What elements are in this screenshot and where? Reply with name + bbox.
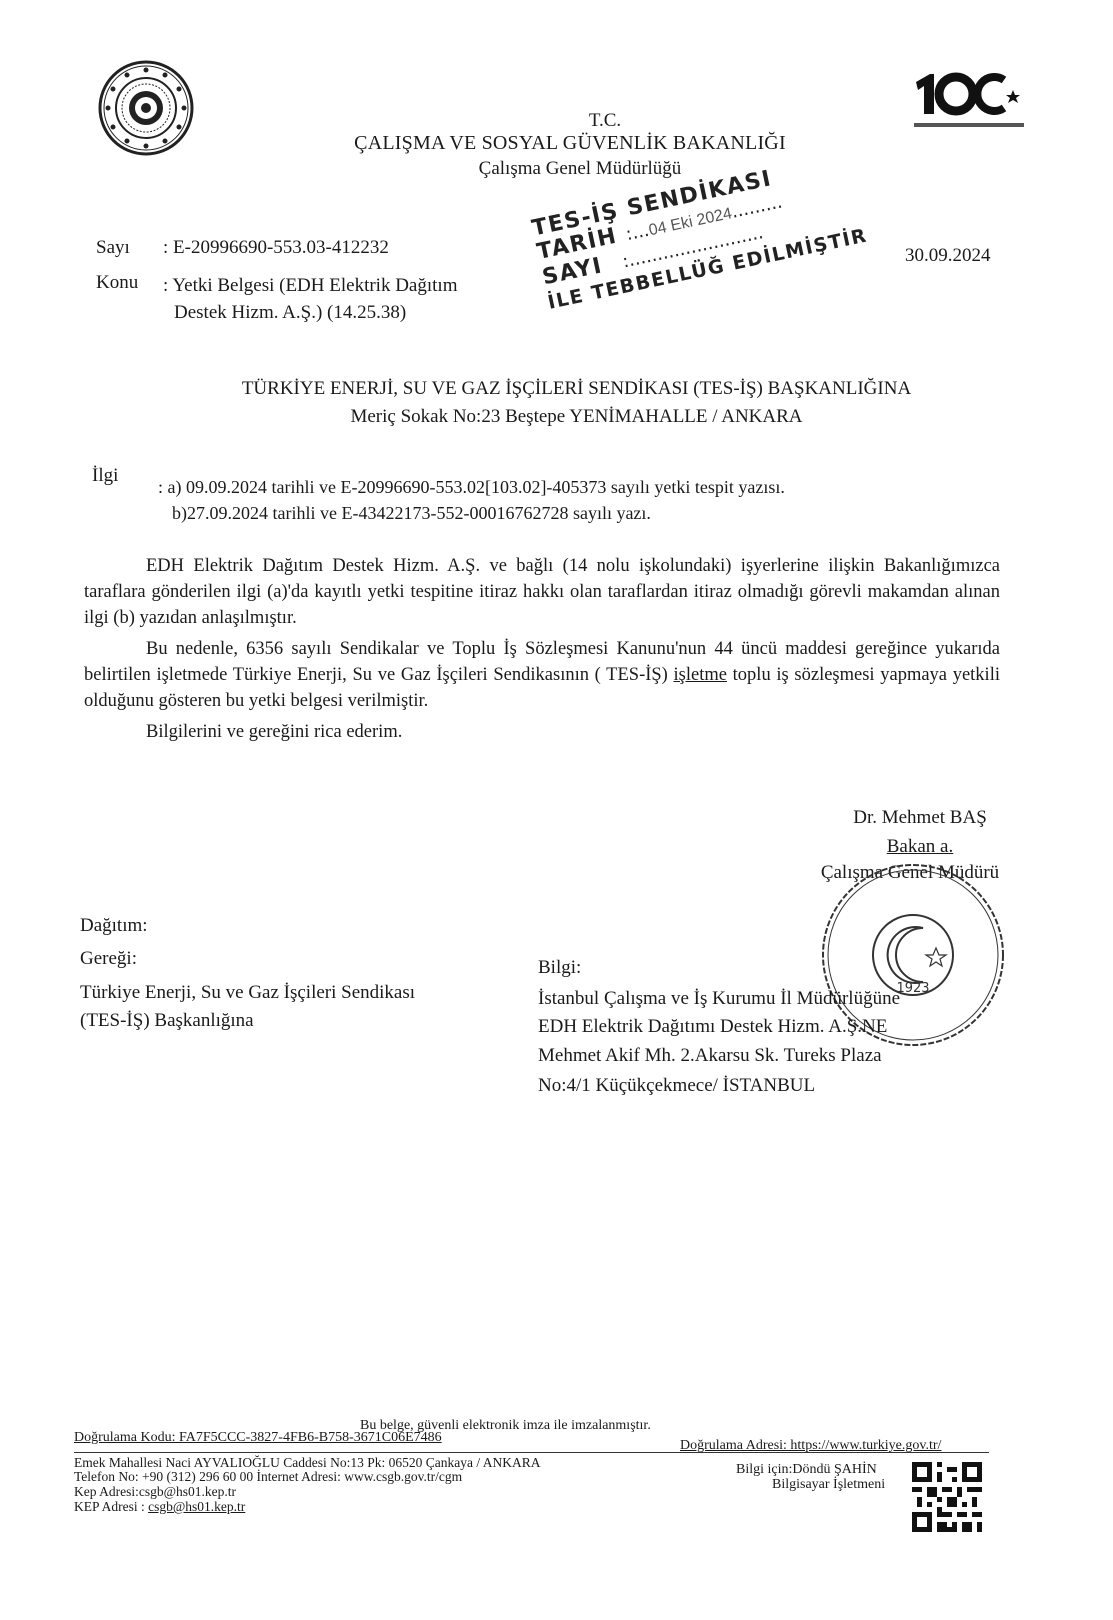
ilgi-reference-a: : a) 09.09.2024 tarihli ve E-20996690-55… [158, 477, 785, 498]
ministry-emblem-icon [96, 58, 196, 158]
footer-divider [74, 1452, 989, 1453]
footer-kep-address-2: KEP Adresi : csgb@hs01.kep.tr [74, 1499, 245, 1514]
konu-label: Konu [96, 272, 138, 294]
centennial-logo-icon [912, 68, 1032, 134]
body-paragraph-3: Bilgilerini ve gereğini rica ederim. [146, 719, 1062, 745]
qr-code-icon [912, 1462, 982, 1532]
sayi-label: Sayı [96, 237, 130, 259]
geregi-recipient-line1: Türkiye Enerji, Su ve Gaz İşçileri Sendi… [80, 982, 415, 1004]
ministry-name: ÇALIŞMA VE SOSYAL GÜVENLİK BAKANLIĞI [310, 132, 830, 155]
bilgi-label: Bilgi: [538, 957, 581, 979]
addressee-name: TÜRKİYE ENERJİ, SU VE GAZ İŞÇİLERİ SENDİ… [0, 378, 1113, 400]
bilgi-address-line1: Mehmet Akif Mh. 2.Akarsu Sk. Tureks Plaz… [538, 1045, 882, 1067]
kep-value: csgb@hs01.kep.tr [148, 1499, 245, 1514]
underlined-word: işletme [674, 665, 727, 685]
ilgi-reference-b: b)27.09.2024 tarihli ve E-43422173-552-0… [172, 503, 651, 524]
bilgi-recipient-1: İstanbul Çalışma ve İş Kurumu İl Müdürlü… [538, 988, 900, 1010]
signatory-title-1: Bakan a. [770, 836, 1070, 858]
kep-label: KEP Adresi : [74, 1499, 148, 1514]
footer-phone-web: Telefon No: +90 (312) 296 60 00 İnternet… [74, 1469, 462, 1484]
document-date: 30.09.2024 [905, 245, 991, 267]
footer-kep-address: Kep Adresi:csgb@hs01.kep.tr [74, 1484, 236, 1499]
ilgi-label: İlgi [92, 465, 118, 487]
konu-value-line2: Destek Hizm. A.Ş.) (14.25.38) [174, 302, 406, 324]
svg-text:1923: 1923 [896, 981, 929, 996]
addressee-address: Meriç Sokak No:23 Beştepe YENİMAHALLE / … [0, 406, 1113, 428]
contact-title: Bilgisayar İşletmeni [772, 1477, 885, 1493]
footer-address: Emek Mahallesi Naci AYVALIOĞLU Caddesi N… [74, 1455, 540, 1470]
geregi-recipient-line2: (TES-İŞ) Başkanlığına [80, 1010, 254, 1032]
distribution-label: Dağıtım: [80, 915, 148, 937]
bilgi-recipient-2: EDH Elektrik Dağıtımı Destek Hizm. A.Ş.N… [538, 1016, 887, 1038]
department-name: Çalışma Genel Müdürlüğü [410, 158, 750, 180]
body-paragraph-1: EDH Elektrik Dağıtım Destek Hizm. A.Ş. v… [84, 553, 1000, 631]
bilgi-address-line2: No:4/1 Küçükçekmece/ İSTANBUL [538, 1075, 815, 1097]
contact-person: Bilgi için:Döndü ŞAHİN [736, 1462, 877, 1478]
verification-code: Doğrulama Kodu: FA7F5CCC-3827-4FB6-B758-… [74, 1430, 442, 1446]
signatory-name: Dr. Mehmet BAŞ [770, 807, 1070, 829]
geregi-label: Gereği: [80, 948, 137, 970]
republic-abbrev: T.C. [370, 110, 840, 132]
konu-value-line1: : Yetki Belgesi (EDH Elektrik Dağıtım [163, 275, 457, 297]
body-paragraph-2: Bu nedenle, 6356 sayılı Sendikalar ve To… [84, 636, 1000, 714]
sayi-value: : E-20996690-553.03-412232 [163, 237, 389, 259]
